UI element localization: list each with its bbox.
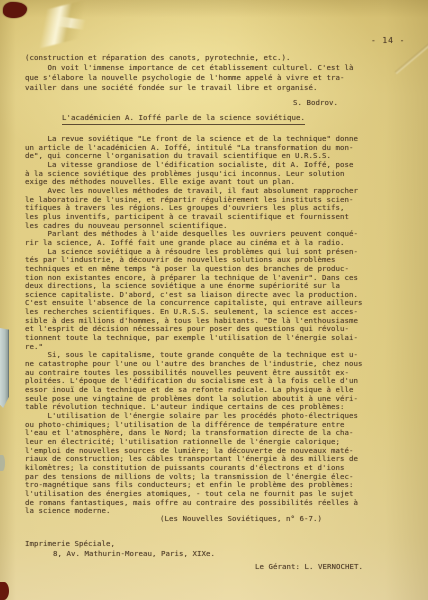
article-body: La revue soviétique "Le front de la scie… — [25, 135, 362, 516]
page-number: - 14 - — [371, 37, 405, 46]
document-page: - 14 - (construction et réparation des c… — [0, 0, 428, 600]
article-title: L'académicien A. Ioffé parle de la scien… — [62, 114, 305, 125]
imprint-address: 8, Av. Mathurin-Moreau, Paris, XIXe. — [53, 550, 215, 559]
imprint-name: Imprimerie Spéciale, — [25, 540, 115, 549]
manager-line: Le Gérant: L. VERNOCHET. — [255, 563, 363, 572]
intro-paragraph: (construction et réparation des canots, … — [25, 53, 353, 93]
edge-object-fragment — [0, 328, 9, 408]
edge-smudge — [0, 455, 5, 471]
source-citation: (Les Nouvelles Soviétiques, n° 6-7.) — [160, 515, 322, 524]
author-signature: S. Bodrov. — [293, 99, 338, 108]
